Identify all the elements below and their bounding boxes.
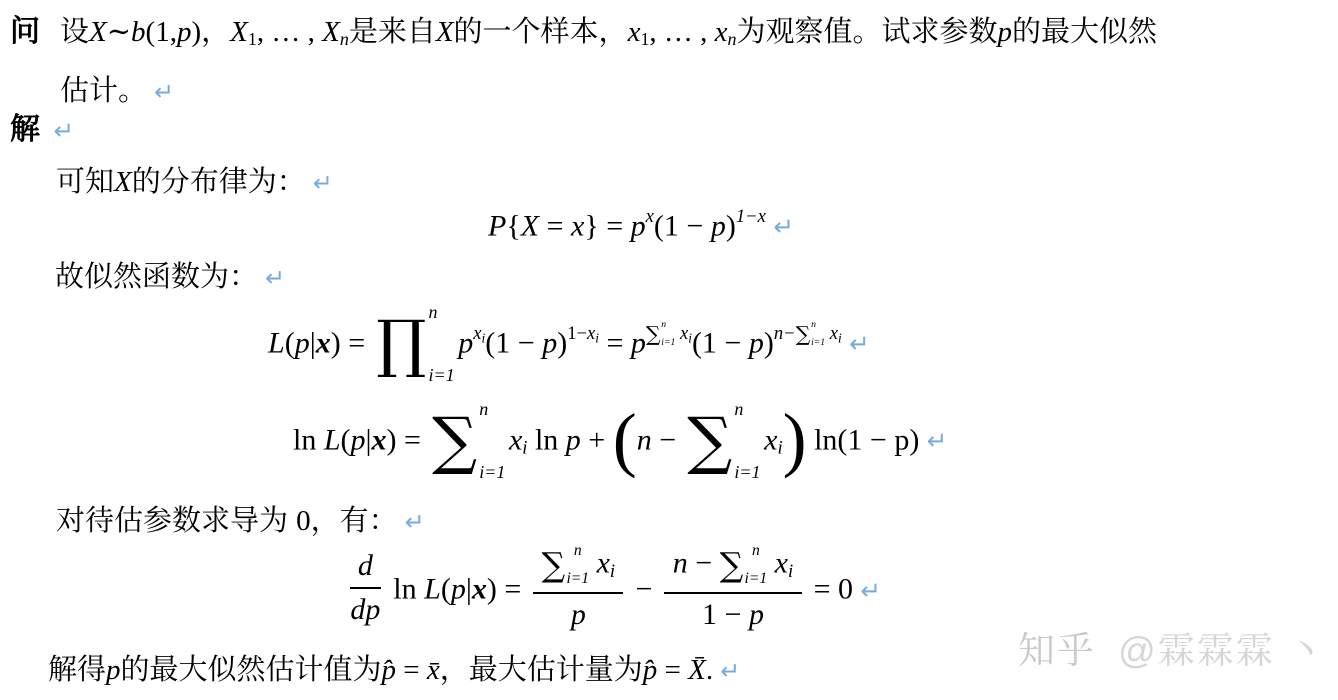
text-segment: ↵ [313,169,333,197]
operator-limits: ni=1 [734,400,760,481]
text-segment: = [599,326,631,359]
operator-limits: ni=1 [661,320,675,347]
solution-label: 解 [10,113,40,146]
text-segment: d [358,549,373,582]
operator-symbol: ∑ [542,548,566,581]
text-segment: } = [584,209,630,242]
text-segment: p [542,326,557,359]
paragraph-distribution-intro: 可知X的分布律为：↵ [56,162,333,203]
text-segment: n [637,423,652,456]
text-segment: 是来自 [349,16,436,48]
text-segment: X [114,166,132,198]
numerator: n − ∑ni=1 xi [664,544,801,594]
text-segment: (1 − [692,326,749,359]
upper-limit: n [429,303,455,321]
text-segment: ↵ [720,657,740,685]
text-segment: n [340,29,349,49]
text-segment: (1 − [485,326,542,359]
text-segment: , … , [257,16,322,48]
text-segment: 1−x [736,206,766,227]
sum-operator: ∑ni=1 [687,400,760,481]
superscript: n−∑ni=1 xi [774,323,842,344]
superscript: xi [473,323,485,344]
problem-section: 问 设X∼b(1,p)，X1, … , Xn是来自X的一个样本，x1, … , … [10,6,1157,118]
text-segment: ，有： [311,505,398,537]
n-minus-sum-fraction: n − ∑ni=1 xi1 − p [664,544,801,631]
text-segment: ln(1 − p) [807,423,920,456]
text-segment: x [316,326,331,359]
text-segment: 的最大似然 [1012,16,1157,48]
lower-limit: i=1 [429,366,455,384]
lower-limit: i=1 [566,571,589,587]
operator-limits: ni=1 [479,400,505,481]
operator-limits: ni=1 [566,543,589,587]
text-segment: X̄ [688,654,706,686]
upper-limit: n [479,400,505,418]
text-segment: L [424,573,441,606]
denominator: p [571,594,586,632]
text-segment: i [838,331,842,346]
text-segment: ) [557,326,567,359]
left-paren-tall: ( [613,399,637,479]
text-segment: 1 − [702,598,749,631]
text-segment: X [436,16,454,48]
solution-label-return: ↵ [40,113,74,146]
text-segment [589,547,597,580]
text-segment: ln [527,423,565,456]
text-segment: i [777,437,782,458]
text-segment: x [372,423,387,456]
text-segment: = [539,209,571,242]
text-segment: 最大估计量为 [469,654,643,686]
text-segment: − [652,423,684,456]
sum-operator-inline: ∑ni=1 [542,543,589,587]
text-segment: x [509,423,522,456]
text-segment: ( [341,423,351,456]
text-segment: (1 − [654,209,711,242]
text-segment: ↵ [860,576,881,605]
text-segment: ) [764,326,774,359]
text-segment: x [472,573,487,606]
ddp-fraction: ddp [350,549,382,627]
problem-label: 问 [10,6,40,118]
text-segment: = [396,654,427,686]
text-segment: 估计。 [60,75,147,107]
text-segment: p [749,598,764,631]
text-segment: x [628,16,641,48]
text-segment: ) [191,16,201,48]
text-segment: = 0 [806,573,853,606]
operator-symbol: ∏ [376,312,426,375]
text-segment: ↵ [54,116,75,145]
lower-limit: i=1 [734,463,760,481]
text-segment: ) = [387,423,429,456]
text-segment: L [324,423,341,456]
text-segment: x [775,547,788,580]
solution-label-row: 解↵ [10,110,74,151]
text-segment: p [566,423,581,456]
text-segment: 为观察值。试求参数 [737,16,998,48]
formula-likelihood: L(p|x) = ∏ni=1pxi(1 − p)1−xi = p∑ni=1 xi… [268,305,870,386]
text-segment: ) = [331,326,373,359]
text-segment: p̂ [382,654,397,686]
formula-pmf: P{X = x} = px(1 − p)1−x↵ [488,206,794,243]
text-segment: n [728,29,737,49]
text-segment: p [458,326,473,359]
watermark-site: 知乎 [1018,630,1096,671]
text-segment: ln [386,573,424,606]
text-segment: 1− [567,323,587,344]
upper-limit: n [566,543,589,559]
text-segment: p̂ [643,654,658,686]
watermark-handle: @霖霖霖 丶 [1118,630,1326,671]
text-segment: p [631,209,646,242]
text-segment: p [631,326,646,359]
text-segment: b [131,16,146,48]
text-segment: P [488,209,506,242]
text-segment: i [610,561,615,582]
text-segment: + [581,423,613,456]
problem-text: 设X∼b(1,p)，X1, … , Xn是来自X的一个样本，x1, … , xn… [60,6,1157,118]
text-segment: 的一个样本， [454,16,628,48]
text-segment: i [788,561,793,582]
text-segment: p [571,598,586,631]
superscript: 1−xi [567,323,599,344]
right-paren-tall: ) [783,399,807,479]
denominator: dp [350,589,380,627]
text-segment: 故似然函数为： [55,261,258,293]
text-segment: ， [201,16,230,48]
text-segment: p [177,16,192,48]
text-segment: X [521,209,539,242]
text-segment: X [89,16,107,48]
lower-limit: i=1 [661,338,675,348]
text-segment: ↵ [154,78,174,106]
operator-symbol: ∑ [432,409,477,472]
formula-log-likelihood: ln L(p|x) = ∑ni=1xi ln p + (n − ∑ni=1xi)… [293,402,947,483]
text-segment: ↵ [773,212,794,241]
text-segment: 的分布律为： [132,166,306,198]
text-segment: ∼ [107,16,131,48]
operator-limits: ni=1 [745,543,768,587]
upper-limit: n [661,320,675,330]
text-segment: x̄ [427,654,440,686]
text-segment: p [106,654,121,686]
text-segment: ln [293,423,324,456]
upper-limit: n [745,543,768,559]
text-segment: 设 [60,16,89,48]
text-segment: p [295,326,310,359]
superscript: ∑ni=1 xi [646,323,692,344]
text-segment: p [351,423,366,456]
operator-symbol: ∑ [796,324,811,344]
text-segment [767,547,775,580]
problem-line-2: 估计。↵ [60,65,1157,118]
text-segment: x [680,323,688,344]
numerator: d [350,549,382,589]
watermark: 知乎 @霖霖霖 丶 [1018,620,1326,674]
problem-line-1: 设X∼b(1,p)，X1, … , Xn是来自X的一个样本，x1, … , xn… [60,6,1157,65]
text-segment: x [764,423,777,456]
sum-over-p-fraction: ∑ni=1 xip [533,544,623,631]
text-segment: L [268,326,285,359]
text-segment: − [628,573,660,606]
text-segment: 可知 [56,166,114,198]
text-segment: 对待估参数求导为 [56,505,296,537]
text-segment: n [673,547,688,580]
text-segment: 1 [248,29,257,49]
text-segment: X [230,16,248,48]
lower-limit: i=1 [745,571,768,587]
text-segment: p [749,326,764,359]
text-segment: p [451,573,466,606]
text-segment: x [473,323,481,344]
formula-derivative: ddp ln L(p|x) = ∑ni=1 xip − n − ∑ni=1 xi… [345,548,881,635]
sum-operator-inline: ∑ni=1 [796,320,825,347]
text-segment: ↵ [265,264,285,292]
text-segment: . [706,654,713,686]
upper-limit: n [811,320,825,330]
text-segment: ↵ [927,426,948,455]
paragraph-result: 解得p的最大似然估计值为p̂ = x̄，最大估计量为p̂ = X̄.↵ [48,650,740,691]
product-operator: ∏ni=1 [376,303,454,384]
sum-operator-inline: ∑ni=1 [646,320,675,347]
text-segment: x [587,323,595,344]
paragraph-derivative-intro: 对待估参数求导为 0，有：↵ [56,501,425,542]
text-segment: dp [350,593,380,626]
text-segment: ↵ [405,508,425,536]
lower-limit: i=1 [811,338,825,348]
operator-limits: ni=1 [811,320,825,347]
text-segment: 解得 [48,654,106,686]
text-segment: ， [440,654,469,686]
text-segment: = [657,654,688,686]
lower-limit: i=1 [479,463,505,481]
text-segment: 的最大似然估计值为 [121,654,382,686]
upper-limit: n [734,400,760,418]
text-segment: − [688,547,720,580]
text-segment: ) [726,209,736,242]
numerator: ∑ni=1 xi [533,544,623,594]
denominator: 1 − p [702,594,764,632]
operator-symbol: ∑ [720,548,744,581]
text-segment: (1, [146,16,177,48]
text-segment: ↵ [849,329,870,358]
text-segment: x [830,323,838,344]
text-segment: x [646,206,654,227]
text-segment: 0 [296,505,311,537]
text-segment: ( [441,573,451,606]
operator-limits: ni=1 [429,303,455,384]
paragraph-likelihood-intro: 故似然函数为：↵ [55,257,285,298]
text-segment: , … , [649,16,714,48]
sum-operator: ∑ni=1 [432,400,505,481]
text-segment: ( [285,326,295,359]
text-segment: ) = [487,573,529,606]
text-segment: x [597,547,610,580]
text-segment: x [571,209,584,242]
text-segment: p [998,16,1013,48]
text-segment: n− [774,323,796,344]
text-segment: x [715,16,728,48]
text-segment: X [322,16,340,48]
text-segment: p [711,209,726,242]
text-segment: { [506,209,520,242]
operator-symbol: ∑ [687,409,732,472]
operator-symbol: ∑ [646,324,661,344]
sum-operator-inline: ∑ni=1 [720,543,767,587]
